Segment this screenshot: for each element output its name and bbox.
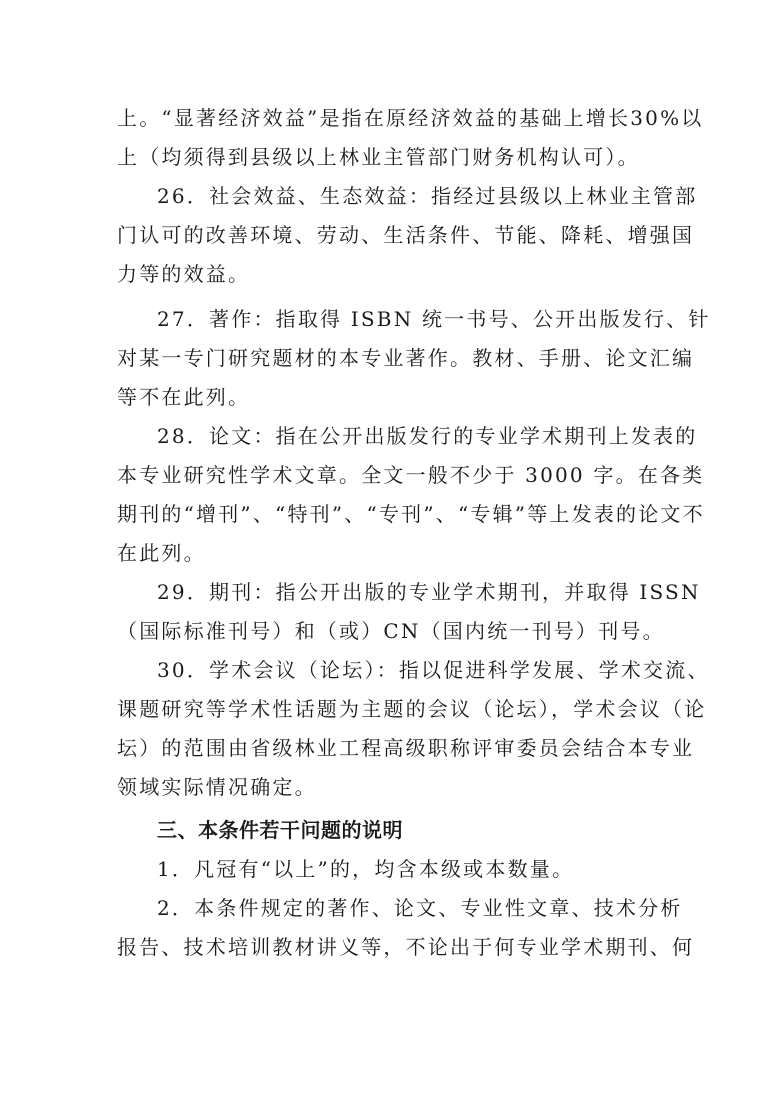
- text-line: 等不在此列。: [117, 383, 662, 411]
- text-line: 报告、技术培训教材讲义等，不论出于何专业学术期刊、何: [117, 933, 662, 961]
- text-line: 本专业研究性学术文章。全文一般不少于 3000 字。在各类: [117, 461, 662, 489]
- item-28-title-line: 28．论文：指在公开出版发行的专业学术期刊上发表的: [157, 422, 662, 450]
- section-heading: 三、本条件若干问题的说明: [157, 816, 662, 844]
- text-line: 坛）的范围由省级林业工程高级职称评审委员会结合本专业: [117, 734, 662, 762]
- text-line: 课题研究等学术性话题为主题的会议（论坛），学术会议（论: [117, 695, 662, 723]
- text-line: 在此列。: [117, 539, 662, 567]
- text-line: 领域实际情况确定。: [117, 773, 662, 801]
- note-2-line: 2．本条件规定的著作、论文、专业性文章、技术分析: [157, 894, 662, 922]
- note-1-line: 1．凡冠有“以上”的，均含本级或本数量。: [157, 855, 662, 883]
- text-line: 力等的效益。: [117, 260, 662, 288]
- item-30-title-line: 30．学术会议（论坛）：指以促进科学发展、学术交流、: [157, 656, 662, 684]
- item-27-title-line: 27．著作：指取得 ISBN 统一书号、公开出版发行、针: [157, 305, 662, 333]
- text-line: 对某一专门研究题材的本专业著作。教材、手册、论文汇编: [117, 344, 662, 372]
- text-line: 门认可的改善环境、劳动、生活条件、节能、降耗、增强国: [117, 221, 662, 249]
- document-page: 上。“显著经济效益”是指在原经济效益的基础上增长30%以 上（均须得到县级以上林…: [0, 0, 777, 1099]
- item-29-title-line: 29．期刊：指公开出版的专业学术期刊，并取得 ISSN: [157, 578, 662, 606]
- text-line: （国际标准刊号）和（或）CN（国内统一刊号）刊号。: [117, 617, 662, 645]
- text-line: 上（均须得到县级以上林业主管部门财务机构认可）。: [117, 143, 662, 171]
- text-line: 上。“显著经济效益”是指在原经济效益的基础上增长30%以: [117, 104, 662, 132]
- item-26-title-line: 26．社会效益、生态效益：指经过县级以上林业主管部: [157, 182, 662, 210]
- text-line: 期刊的“增刊”、“特刊”、“专刊”、“专辑”等上发表的论文不: [117, 500, 662, 528]
